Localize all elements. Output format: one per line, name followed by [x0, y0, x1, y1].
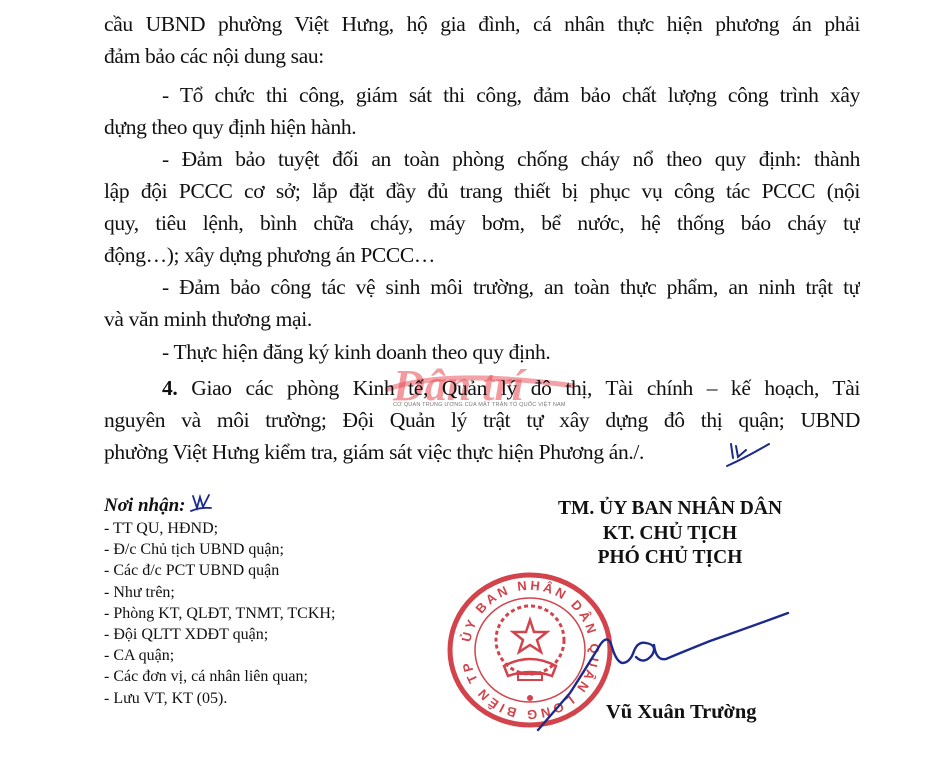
recipient-item: - Như trên;: [104, 582, 434, 603]
recipients-title: Nơi nhận:: [104, 493, 434, 518]
body-line: lập đội PCCC cơ sở; lắp đặt đầy đủ trang…: [104, 175, 860, 207]
body-line: đảm bảo các nội dung sau:: [104, 40, 860, 72]
recipient-item: - Phòng KT, QLĐT, TNMT, TCKH;: [104, 603, 434, 624]
body-line: cầu UBND phường Việt Hưng, hộ gia đình, …: [104, 8, 860, 40]
recipient-item: - TT QU, HĐND;: [104, 518, 434, 539]
bullet-fire-safety: - Đảm bảo tuyệt đối an toàn phòng chống …: [162, 143, 860, 175]
recipient-item: - CA quận;: [104, 645, 434, 666]
body-line: dựng theo quy định hiện hành.: [104, 111, 860, 143]
signature-line-3: PHÓ CHỦ TỊCH: [520, 546, 820, 571]
body-line: quy, tiêu lệnh, bình chữa cháy, máy bơm,…: [104, 207, 860, 239]
signature-heading: TM. ỦY BAN NHÂN DÂN KT. CHỦ TỊCH PHÓ CHỦ…: [520, 497, 820, 571]
recipient-item: - Đội QLTT XDĐT quận;: [104, 624, 434, 645]
clause-4-line-2: nguyên và môi trường; Đội Quản lý trật t…: [104, 404, 860, 436]
recipient-item: - Lưu VT, KT (05).: [104, 688, 434, 709]
signer-name: Vũ Xuân Trường: [606, 701, 757, 724]
recipient-item: - Các đơn vị, cá nhân liên quan;: [104, 666, 434, 687]
bullet-construction: - Tổ chức thi công, giám sát thi công, đ…: [162, 79, 860, 111]
bullet-business-registration: - Thực hiện đăng ký kinh doanh theo quy …: [162, 336, 860, 368]
document-page: cầu UBND phường Việt Hưng, hộ gia đình, …: [0, 0, 933, 773]
recipients-initials-icon: [190, 493, 212, 513]
bullet-hygiene: - Đảm bảo công tác vệ sinh môi trường, a…: [162, 271, 860, 303]
initials-mark-icon: [725, 440, 775, 470]
recipients-list: Nơi nhận: - TT QU, HĐND; - Đ/c Chủ tịch …: [104, 493, 434, 709]
body-line: và văn minh thương mại.: [104, 303, 860, 335]
recipient-item: - Các đ/c PCT UBND quận: [104, 560, 434, 581]
clause-number: 4.: [162, 376, 177, 400]
signature-line-2: KT. CHỦ TỊCH: [520, 522, 820, 547]
signature-line-1: TM. ỦY BAN NHÂN DÂN: [520, 497, 820, 522]
body-line: động…); xây dựng phương án PCCC…: [104, 239, 860, 271]
recipient-item: - Đ/c Chủ tịch UBND quận;: [104, 539, 434, 560]
clause-4-line-1: 4. Giao các phòng Kinh tế, Quản lý đô th…: [162, 372, 860, 404]
